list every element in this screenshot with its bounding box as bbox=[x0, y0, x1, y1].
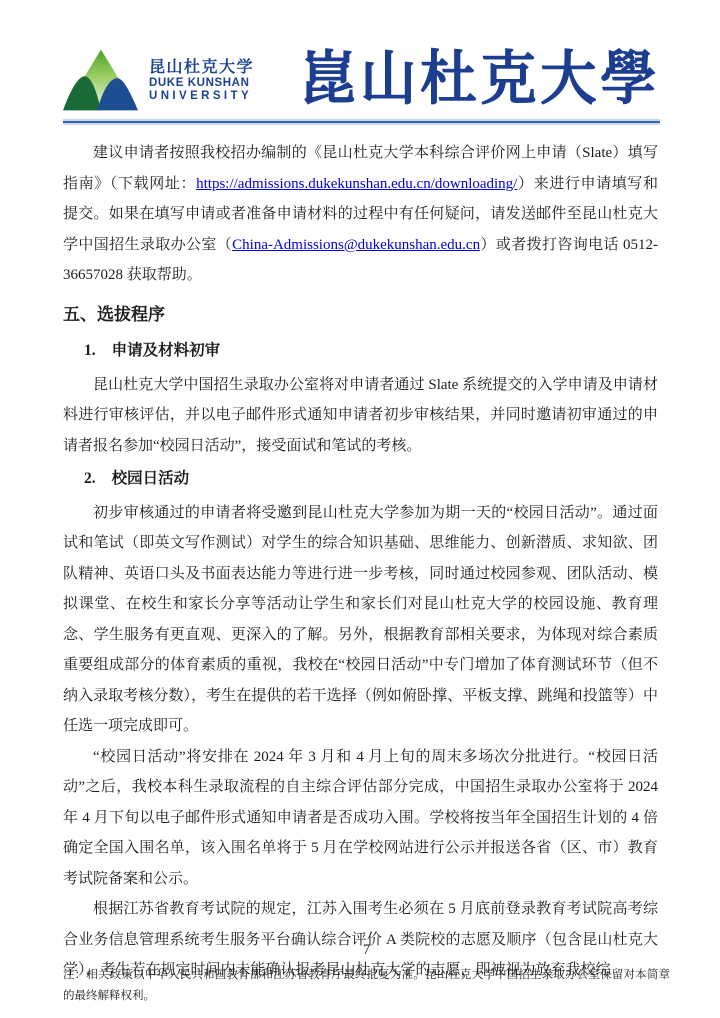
item-2-heading: 2. 校园日活动 bbox=[63, 464, 658, 495]
logo-en-name-line2: UNIVERSITY bbox=[149, 90, 254, 103]
item-1-heading: 1. 申请及材料初审 bbox=[63, 336, 658, 367]
logo-en-name-line1: DUKE KUNSHAN bbox=[149, 77, 254, 90]
page-number: 7 bbox=[63, 942, 670, 959]
calligraphy-title: 崑山杜克大學 bbox=[300, 40, 660, 119]
logo-wordmark: 昆山杜克大学 DUKE KUNSHAN UNIVERSITY bbox=[149, 58, 254, 103]
section-heading-selection-process: 五、选拔程序 bbox=[63, 300, 658, 331]
item-1-paragraph: 昆山杜克大学中国招生录取办公室将对申请者通过 Slate 系统提交的入学申请及申… bbox=[63, 370, 658, 462]
item-2-paragraph-2: “校园日活动”将安排在 2024 年 3 月和 4 月上旬的周末多场次分批进行。… bbox=[63, 742, 658, 895]
document-header: 昆山杜克大学 DUKE KUNSHAN UNIVERSITY 崑山杜克大學 bbox=[63, 42, 660, 118]
item-2-paragraph-1: 初步审核通过的申请者将受邀到昆山杜克大学参加为期一天的“校园日活动”。通过面试和… bbox=[63, 498, 658, 742]
dku-logo: 昆山杜克大学 DUKE KUNSHAN UNIVERSITY bbox=[63, 49, 254, 111]
dku-mountain-logo-icon bbox=[63, 49, 139, 111]
item-1-title: 申请及材料初审 bbox=[112, 336, 221, 367]
document-page: 昆山杜克大学 DUKE KUNSHAN UNIVERSITY 崑山杜克大學 建议… bbox=[0, 0, 720, 1018]
item-2-title: 校园日活动 bbox=[112, 464, 190, 495]
admissions-email-link[interactable]: China-Admissions@dukekunshan.edu.cn bbox=[232, 237, 480, 253]
logo-cn-name: 昆山杜克大学 bbox=[149, 58, 254, 77]
item-1-number: 1. bbox=[84, 336, 96, 367]
header-divider bbox=[63, 121, 660, 123]
footnote: 注：相关政策以中华人民共和国教育部和江苏省教育厅最终批复为准。昆山杜克大学中国招… bbox=[63, 965, 670, 1006]
download-guide-link[interactable]: https://admissions.dukekunshan.edu.cn/do… bbox=[196, 176, 517, 192]
page-footer: 7 注：相关政策以中华人民共和国教育部和江苏省教育厅最终批复为准。昆山杜克大学中… bbox=[63, 942, 670, 1006]
item-2-number: 2. bbox=[84, 464, 96, 495]
document-body: 建议申请者按照我校招办编制的《昆山杜克大学本科综合评价网上申请（Slate）填写… bbox=[63, 138, 658, 986]
intro-paragraph: 建议申请者按照我校招办编制的《昆山杜克大学本科综合评价网上申请（Slate）填写… bbox=[63, 138, 658, 291]
